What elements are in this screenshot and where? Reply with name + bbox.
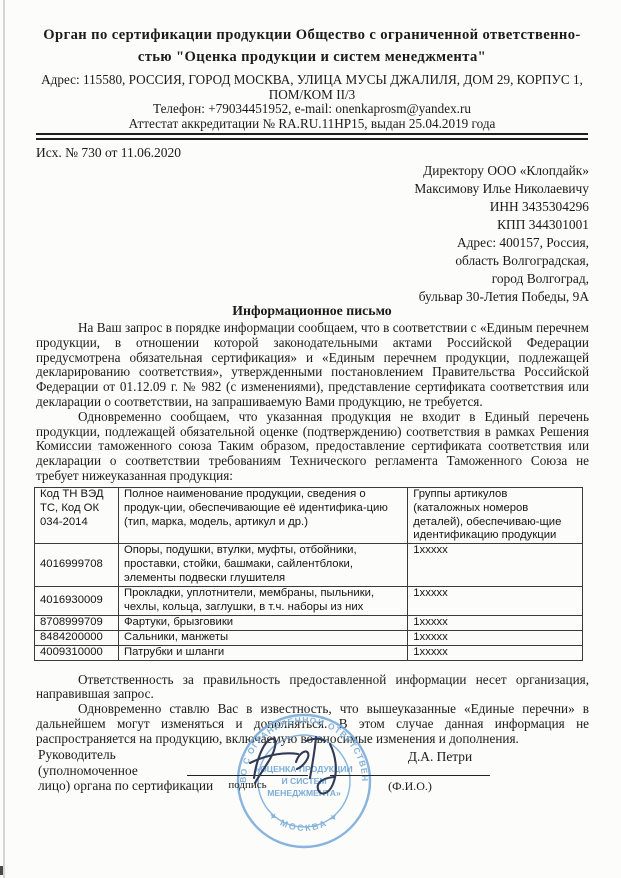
paragraph-1: На Ваш запрос в порядке информации сообщ… xyxy=(36,321,589,410)
recipient-line: Директору ООО «Клопдайк» xyxy=(300,162,589,180)
table-row: 8484200000 Сальники, манжеты 1ххххх xyxy=(35,630,583,645)
recipient-line: КПП 344301001 xyxy=(300,216,589,234)
org-address-line-1: Адрес: 115580, РОССИЯ, ГОРОД МОСКВА, УЛИ… xyxy=(36,72,588,87)
col-header-name: Полное наименование продукции, сведения … xyxy=(118,487,407,544)
org-title-line-1: Орган по сертификации продукции Общество… xyxy=(36,24,588,46)
signatory-name: Д.А. Петри xyxy=(360,749,520,765)
col-header-code: Код ТН ВЭД ТС, Код ОК 034-2014 xyxy=(35,487,119,544)
cell-group: 1ххххх xyxy=(408,544,583,587)
cell-name: Прокладки, уплотнители, мембраны, пыльни… xyxy=(118,587,407,616)
cell-group: 1ххххх xyxy=(408,630,583,645)
table-row: 4016999708 Опоры, подушки, втулки, муфты… xyxy=(35,544,583,587)
products-table: Код ТН ВЭД ТС, Код ОК 034-2014 Полное на… xyxy=(34,487,583,661)
handwritten-signature-icon xyxy=(246,726,358,806)
table-row: 4016930009 Прокладки, уплотнители, мембр… xyxy=(35,587,583,616)
cell-name: Сальники, манжеты xyxy=(118,630,407,645)
org-accreditation: Аттестат аккредитации № RA.RU.11HP15, вы… xyxy=(36,117,588,132)
outgoing-reference: Исх. № 730 от 11.06.2020 xyxy=(36,145,181,161)
scan-corner-artifact xyxy=(0,866,3,875)
recipient-line: область Волгоградская, xyxy=(300,252,589,270)
org-address-line-2: ПОМ/КОМ II/3 xyxy=(36,87,588,102)
org-title-line-2: стью "Оценка продукции и систем менеджме… xyxy=(36,46,588,68)
org-phone-email: Телефон: +79034451952, e-mail: onenkapro… xyxy=(36,102,588,117)
col-header-group: Группы артикулов (каталожных номеров дет… xyxy=(408,487,583,544)
recipient-block: Директору ООО «Клопдайк» Максимову Илье … xyxy=(300,162,589,306)
cell-name: Патрубки и шланги xyxy=(118,645,407,660)
table-row: 8708999709 Фартуки, брызговики 1ххххх xyxy=(35,615,583,630)
table-header-row: Код ТН ВЭД ТС, Код ОК 034-2014 Полное на… xyxy=(35,487,583,544)
letter-body: На Ваш запрос в порядке информации сообщ… xyxy=(36,321,589,747)
cell-name: Фартуки, брызговики xyxy=(118,615,407,630)
cell-code: 4009310000 xyxy=(35,645,119,660)
recipient-line: Адрес: 400157, Россия, xyxy=(300,234,589,252)
scanned-letter-page: Орган по сертификации продукции Общество… xyxy=(0,0,621,878)
svg-text:✦ МОСКВА ✦: ✦ МОСКВА ✦ xyxy=(267,810,341,833)
cell-group: 1ххххх xyxy=(408,587,583,616)
signatory-role-line: Руководитель (уполномоченное xyxy=(38,747,218,778)
stamp-bottom-text: ✦ МОСКВА ✦ xyxy=(267,810,341,833)
letterhead-divider xyxy=(36,133,588,140)
paragraph-2: Одновременно сообщаем, что указанная про… xyxy=(36,410,589,484)
letter-title: Информационное письмо xyxy=(36,303,588,319)
cell-code: 8484200000 xyxy=(35,630,119,645)
cell-code: 4016999708 xyxy=(35,544,119,587)
paragraph-3: Ответственность за правильность предоста… xyxy=(36,673,589,703)
recipient-line: Максимову Илье Николаевичу xyxy=(300,180,589,198)
cell-name: Опоры, подушки, втулки, муфты, отбойники… xyxy=(118,544,407,587)
cell-group: 1ххххх xyxy=(408,645,583,660)
letterhead: Орган по сертификации продукции Общество… xyxy=(36,24,588,131)
scan-edge-artifact xyxy=(3,0,5,878)
cell-group: 1ххххх xyxy=(408,615,583,630)
cell-code: 4016930009 xyxy=(35,587,119,616)
cell-code: 8708999709 xyxy=(35,615,119,630)
recipient-line: город Волгоград, xyxy=(300,270,589,288)
table-row: 4009310000 Патрубки и шланги 1ххххх xyxy=(35,645,583,660)
recipient-line: ИНН 3435304296 xyxy=(300,198,589,216)
